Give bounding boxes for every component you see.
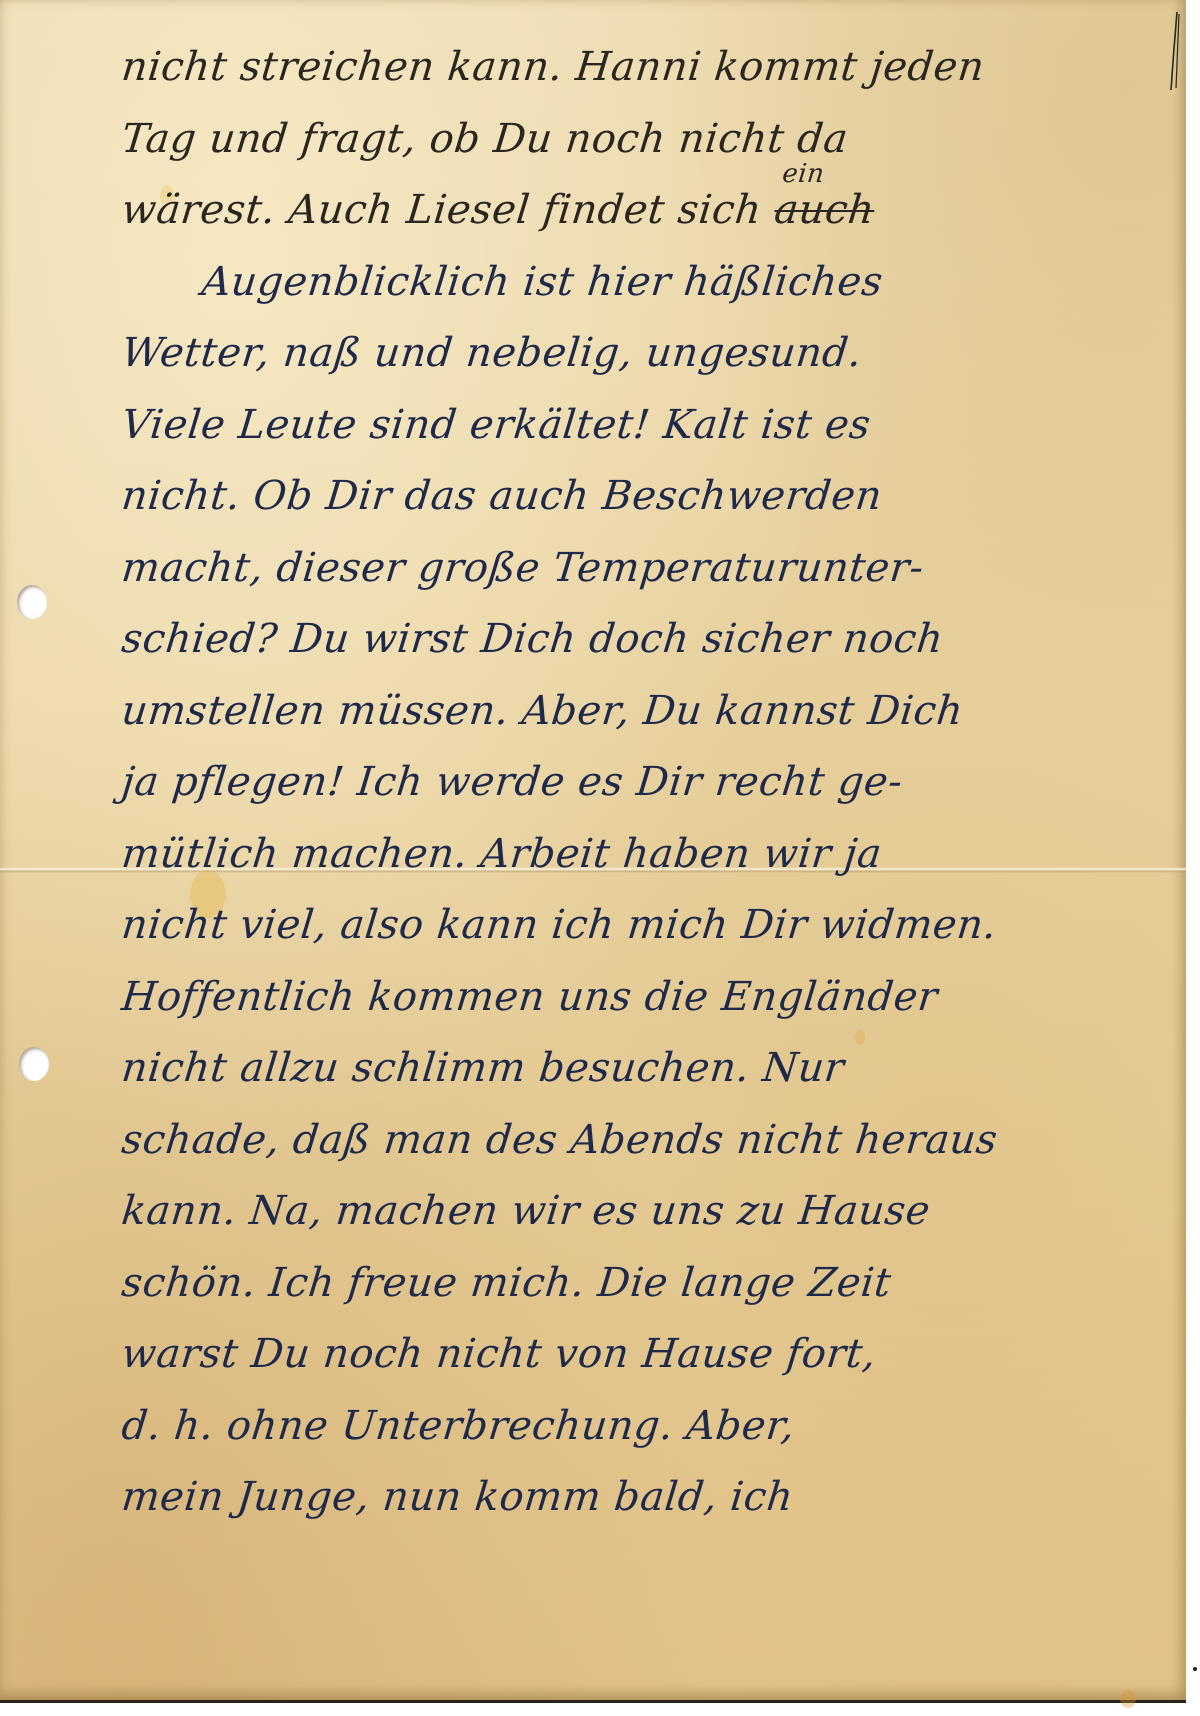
letter-line-3-text: wärest. Auch Liesel findet sich [119, 187, 777, 233]
paper-stain [1120, 1690, 1136, 1708]
letter-line-18: schön. Ich freue mich. Die lange Zeit [118, 1248, 1186, 1320]
letter-line-17: kann. Na, machen wir es uns zu Hause [118, 1176, 1186, 1248]
letter-line-10: umstellen müssen. Aber, Du kannst Dich [118, 676, 1186, 748]
letter-line-8: macht, dieser große Temperaturunter- [118, 533, 1186, 605]
scan-speck [1193, 1667, 1197, 1671]
letter-line-1: nicht streichen kann. Hanni kommt jeden [118, 32, 1186, 104]
letter-line-13: nicht viel, also kann ich mich Dir widme… [118, 890, 1186, 962]
letter-line-2: Tag und fragt, ob Du noch nicht da [118, 104, 1186, 176]
letter-line-7: nicht. Ob Dir das auch Beschwerden [118, 461, 1186, 533]
letter-line-6: Viele Leute sind erkältet! Kalt ist es [118, 390, 1186, 462]
letter-line-21: mein Junge, nun komm bald, ich [118, 1462, 1186, 1534]
punch-hole-top [17, 585, 47, 619]
letter-line-19: warst Du noch nicht von Hause fort, [118, 1319, 1186, 1391]
letter-body: nicht streichen kann. Hanni kommt jeden … [118, 32, 1178, 1534]
letter-line-20: d. h. ohne Unterbrechung. Aber, [118, 1391, 1186, 1463]
punch-hole-bottom [19, 1047, 49, 1081]
letter-page: nicht streichen kann. Hanni kommt jeden … [0, 0, 1186, 1703]
inserted-correction: ein [781, 161, 826, 187]
letter-line-3: wärest. Auch Liesel findet sich auchein [118, 175, 1186, 247]
scan-background-edge [1186, 0, 1200, 1716]
letter-line-5: Wetter, naß und nebelig, ungesund. [118, 318, 1186, 390]
letter-line-11: ja pflegen! Ich werde es Dir recht ge- [118, 747, 1186, 819]
letter-line-12: mütlich machen. Arbeit haben wir ja [118, 819, 1186, 891]
letter-line-9: schied? Du wirst Dich doch sicher noch [118, 604, 1186, 676]
letter-line-15: nicht allzu schlimm besuchen. Nur [118, 1033, 1186, 1105]
struck-word: auchein [772, 187, 877, 233]
letter-line-16: schade, daß man des Abends nicht heraus [118, 1105, 1186, 1177]
letter-line-4: Augenblicklich ist hier häßliches [118, 247, 1186, 319]
letter-line-14: Hoffentlich kommen uns die Engländer [118, 962, 1186, 1034]
